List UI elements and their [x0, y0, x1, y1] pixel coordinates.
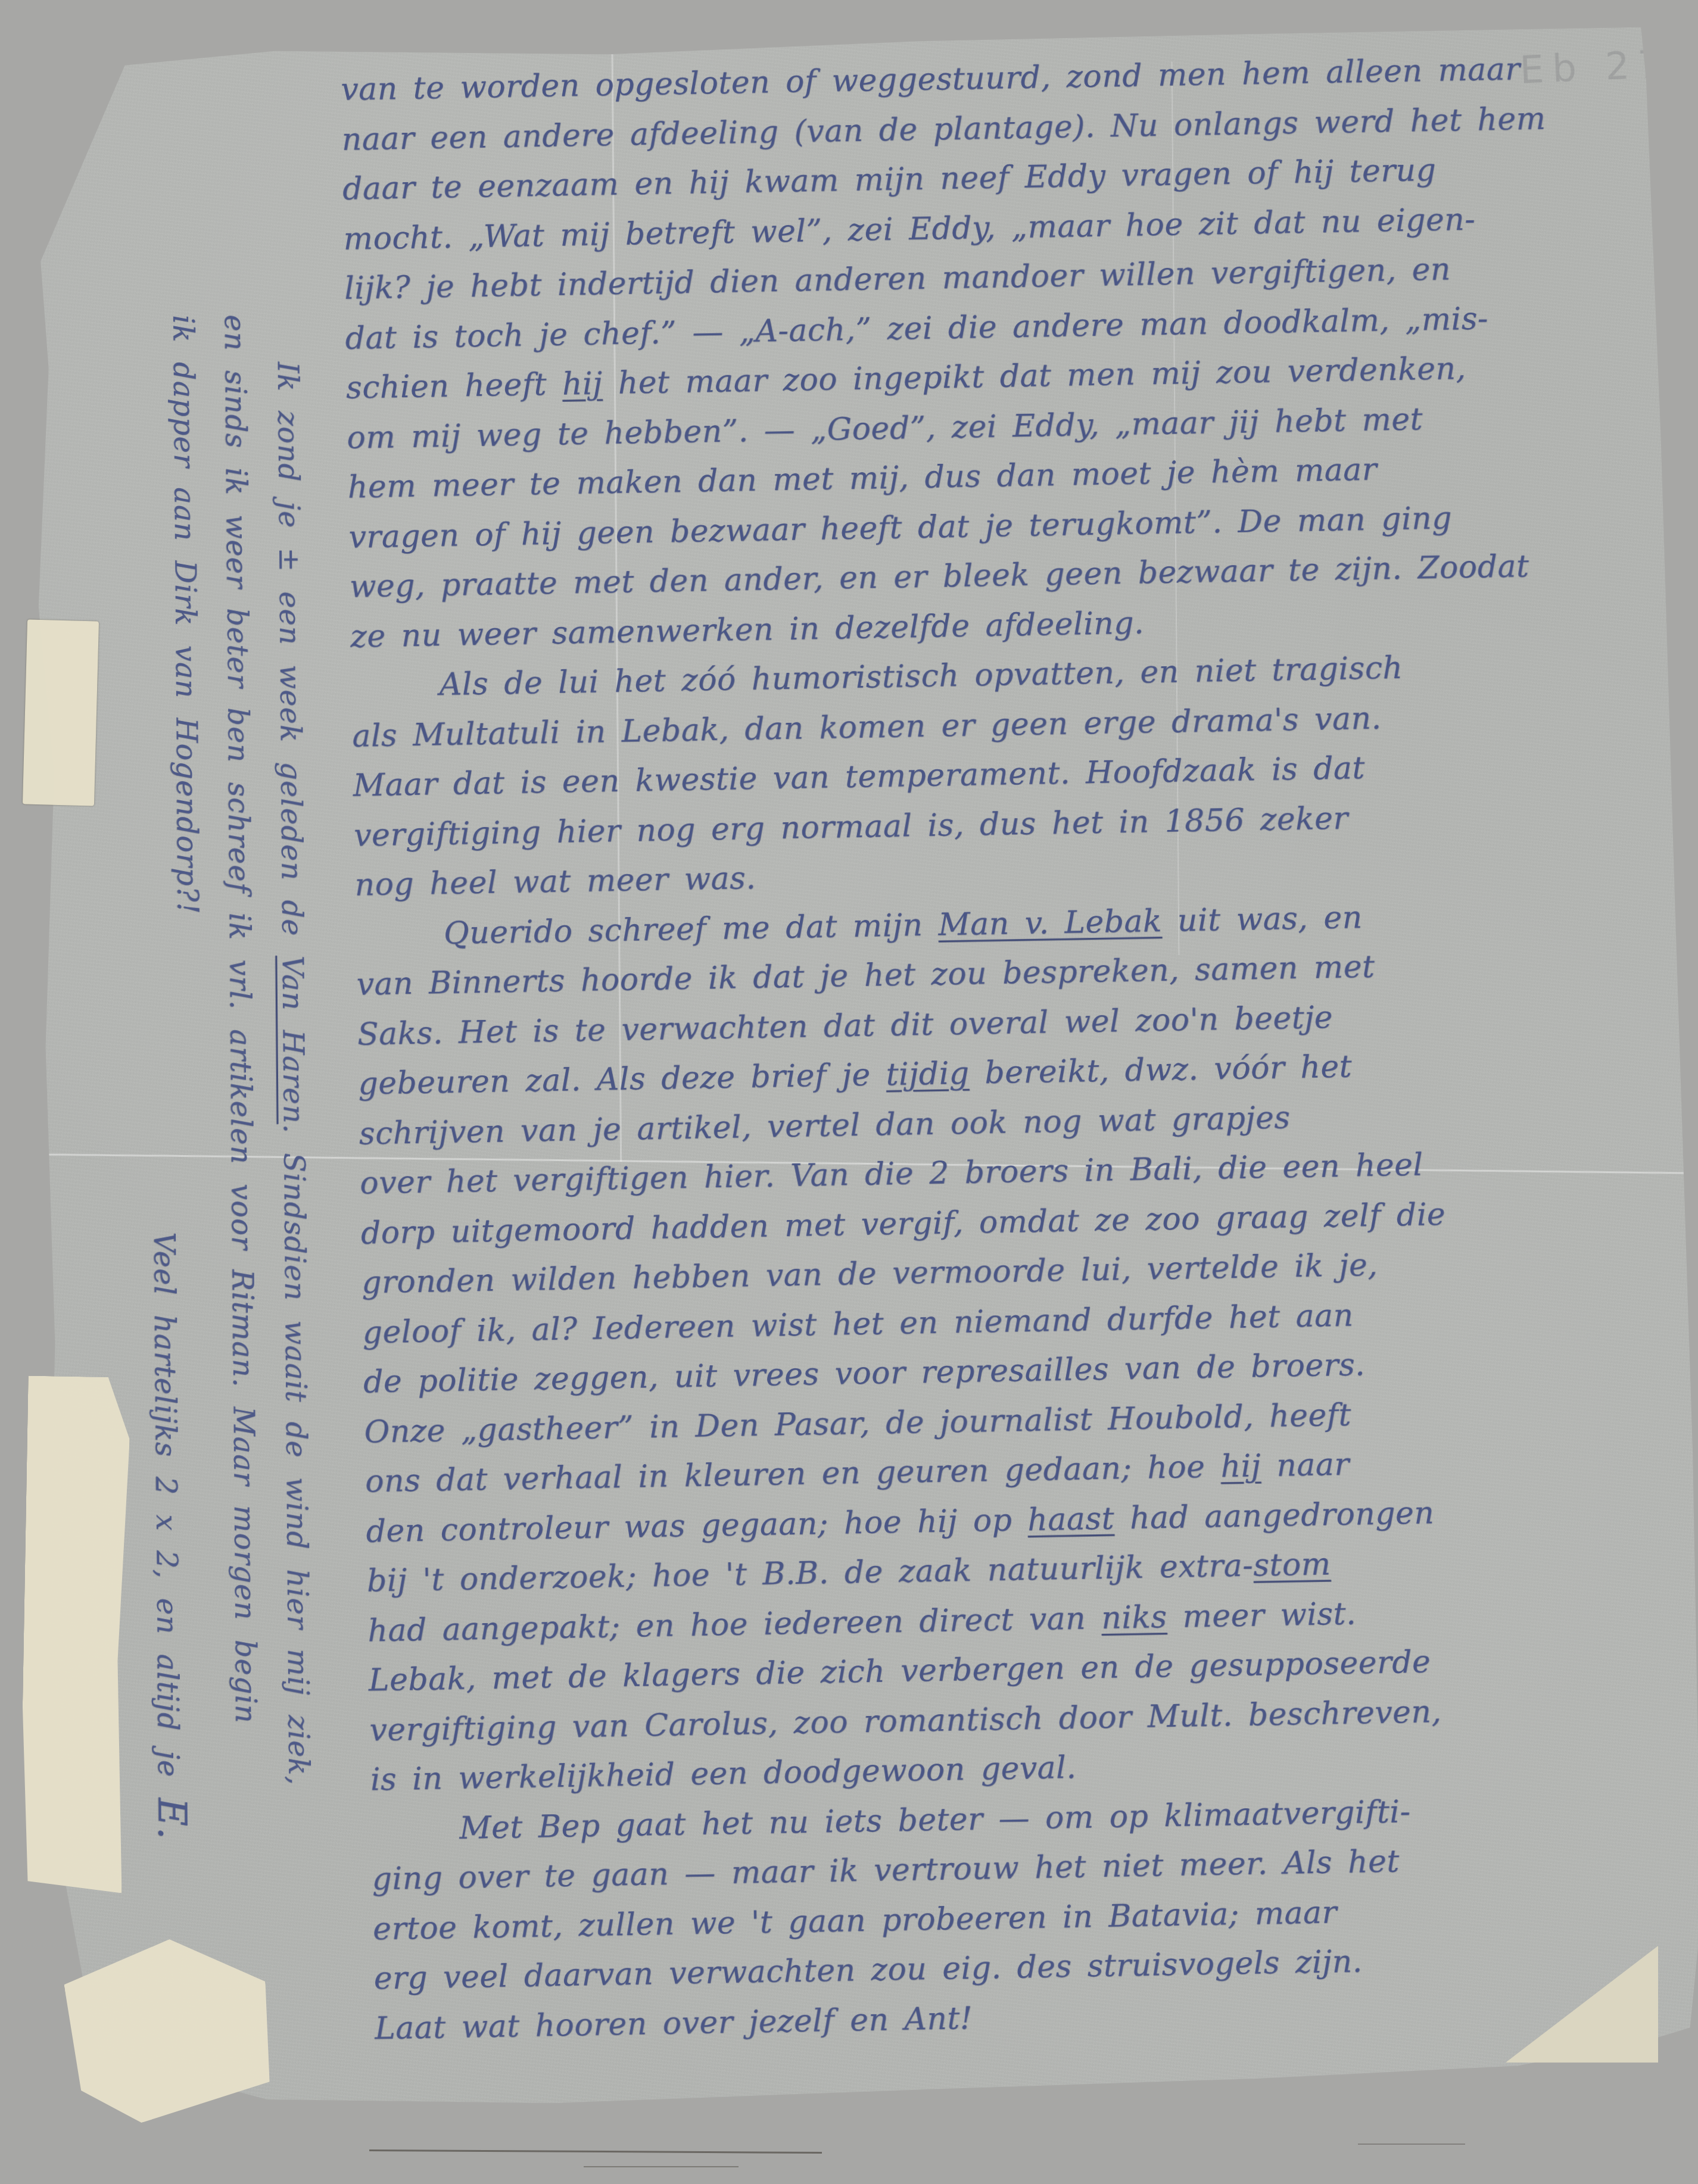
handwriting-segment: Ik zond je ± een week geleden de: [271, 361, 309, 956]
letter-body: van te worden opgesloten of weggestuurd,…: [341, 51, 1579, 2061]
handwriting-segment: Man v. Lebak: [938, 903, 1163, 943]
margin-note-line-1: Ik zond je ± een week geleden de Van Har…: [271, 361, 317, 2064]
handwriting-segment: . Sindsdien waait de wind hier mij ziek,: [277, 1124, 316, 1785]
handwriting-segment: uit was, en: [1161, 900, 1363, 939]
handwriting-segment: E.: [149, 1777, 195, 1840]
handwriting-segment: stom: [1253, 1546, 1331, 1583]
handwriting-segment: niks: [1101, 1599, 1167, 1636]
handwriting-segment: bereikt, dwz. vóór het: [969, 1049, 1353, 1091]
handwriting-segment: Van Haren: [275, 956, 310, 1124]
tape-strip-left-lower: [19, 1376, 130, 1893]
scanner-dust-streak-3: [1358, 2144, 1465, 2145]
scanner-dust-streak-1: [369, 2149, 822, 2154]
handwriting-segment: hij: [562, 366, 603, 402]
handwriting-segment: meer wist.: [1167, 1596, 1357, 1635]
handwriting-segment: van te worden opgesloten of weggestuurd,…: [341, 51, 1521, 108]
scanner-dust-streak-2: [584, 2166, 739, 2167]
scan-background: Eb 27 van te worden opgesloten of wegges…: [0, 0, 1698, 2184]
letter-paper: Eb 27 van te worden opgesloten of wegges…: [24, 22, 1698, 2126]
handwriting-segment: ik dapper aan Dirk van Hogendorp?!: [166, 315, 204, 915]
handwriting-segment: schien heeft: [345, 366, 562, 405]
handwriting-segment: tijdig: [886, 1056, 970, 1093]
margin-note-line-3: ik dapper aan Dirk van Hogendorp?!: [166, 315, 206, 1149]
handwriting-segment: had aangedrongen: [1114, 1495, 1434, 1536]
handwriting-segment: Veel hartelijks 2 x 2, en altijd je: [147, 1232, 185, 1777]
handwriting-segment: naar: [1261, 1447, 1350, 1484]
tape-strip-left-upper: [23, 619, 99, 806]
handwriting-segment: en sinds ik weer beter ben schreef ik vr…: [218, 314, 263, 1724]
handwriting-segment: nog heel wat meer was.: [354, 860, 756, 903]
handwriting-segment: haast: [1027, 1500, 1115, 1538]
handwriting-segment: hij: [1220, 1448, 1261, 1484]
margin-note-line-2: en sinds ik weer beter ben schreef ik vr…: [218, 314, 265, 2053]
